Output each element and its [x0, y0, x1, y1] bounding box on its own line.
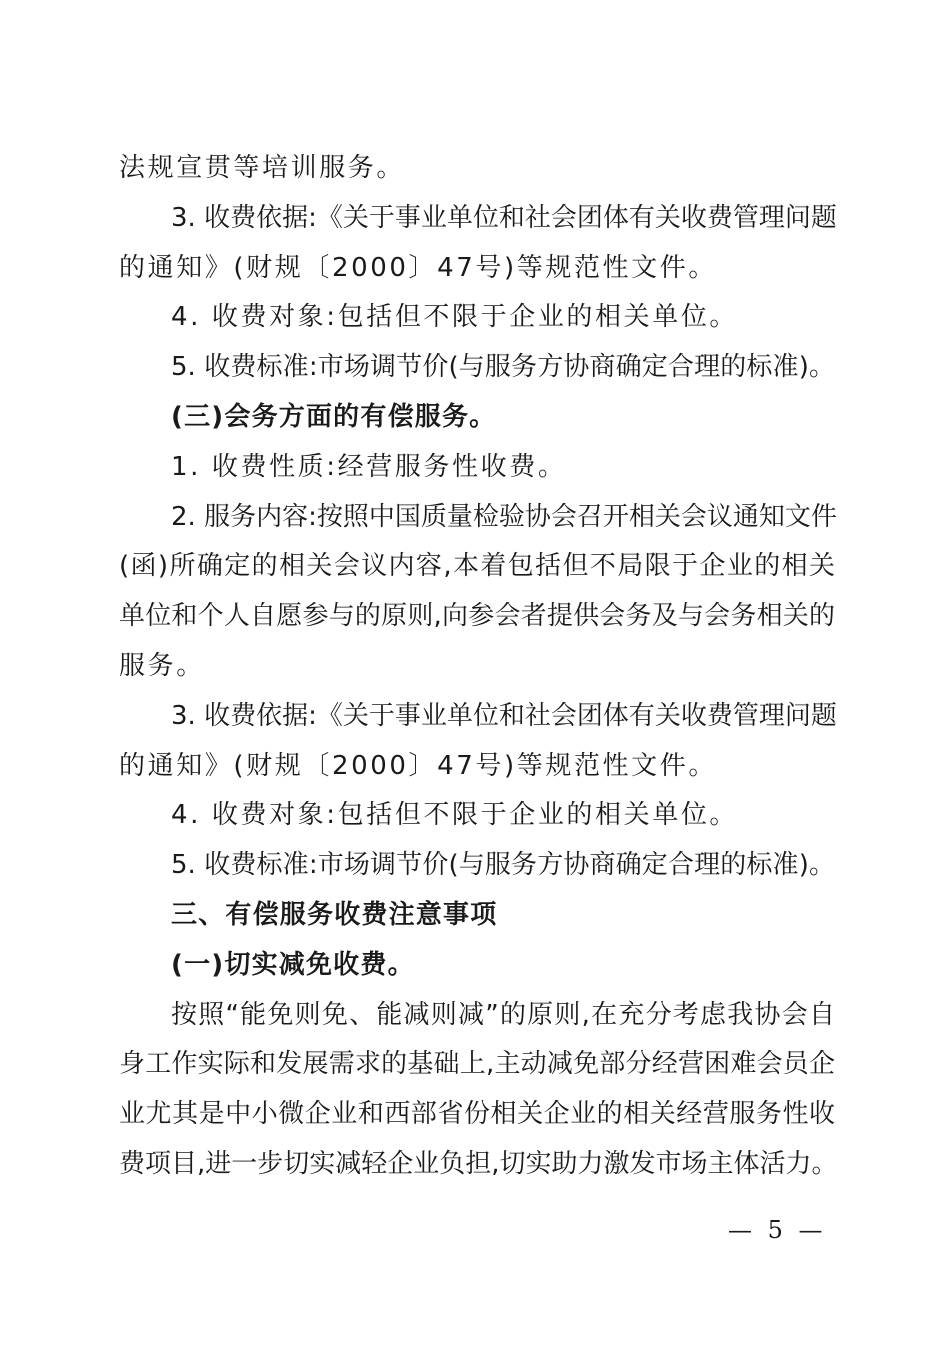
document-page: 法规宣贯等培训服务。 3. 收费依据:《关于事业单位和社会团体有关收费管理问题 …: [0, 0, 952, 1346]
chapter-heading: 三、有偿服务收费注意事项: [119, 895, 835, 945]
paragraph-line: 4. 收费对象:包括但不限于企业的相关单位。: [119, 795, 835, 845]
paragraph-line: 单位和个人自愿参与的原则,向参会者提供会务及与会务相关的: [119, 596, 835, 646]
section-heading: (三)会务方面的有偿服务。: [119, 397, 835, 447]
paragraph-line: 5. 收费标准:市场调节价(与服务方协商确定合理的标准)。: [119, 845, 835, 895]
paragraph-line: 的通知》(财规〔2000〕47号)等规范性文件。: [119, 248, 835, 298]
paragraph-line: 1. 收费性质:经营服务性收费。: [119, 447, 835, 497]
page-number: — 5 —: [728, 1216, 827, 1244]
paragraph-line: (函)所确定的相关会议内容,本着包括但不局限于企业的相关: [119, 546, 835, 596]
paragraph-line: 3. 收费依据:《关于事业单位和社会团体有关收费管理问题: [119, 198, 835, 248]
paragraph-line: 4. 收费对象:包括但不限于企业的相关单位。: [119, 297, 835, 347]
paragraph-line: 身工作实际和发展需求的基础上,主动减免部分经营困难会员企: [119, 1044, 835, 1094]
section-heading: (一)切实减免收费。: [119, 945, 835, 995]
document-body: 法规宣贯等培训服务。 3. 收费依据:《关于事业单位和社会团体有关收费管理问题 …: [119, 148, 835, 1194]
paragraph-line: 5. 收费标准:市场调节价(与服务方协商确定合理的标准)。: [119, 347, 835, 397]
paragraph-line: 按照“能免则免、能减则减”的原则,在充分考虑我协会自: [119, 995, 835, 1045]
paragraph-line: 服务。: [119, 646, 835, 696]
paragraph-line: 的通知》(财规〔2000〕47号)等规范性文件。: [119, 746, 835, 796]
paragraph-line: 法规宣贯等培训服务。: [119, 148, 835, 198]
paragraph-line: 业尤其是中小微企业和西部省份相关企业的相关经营服务性收: [119, 1094, 835, 1144]
paragraph-line: 费项目,进一步切实减轻企业负担,切实助力激发市场主体活力。: [119, 1144, 835, 1194]
paragraph-line: 2. 服务内容:按照中国质量检验协会召开相关会议通知文件: [119, 497, 835, 547]
paragraph-line: 3. 收费依据:《关于事业单位和社会团体有关收费管理问题: [119, 696, 835, 746]
